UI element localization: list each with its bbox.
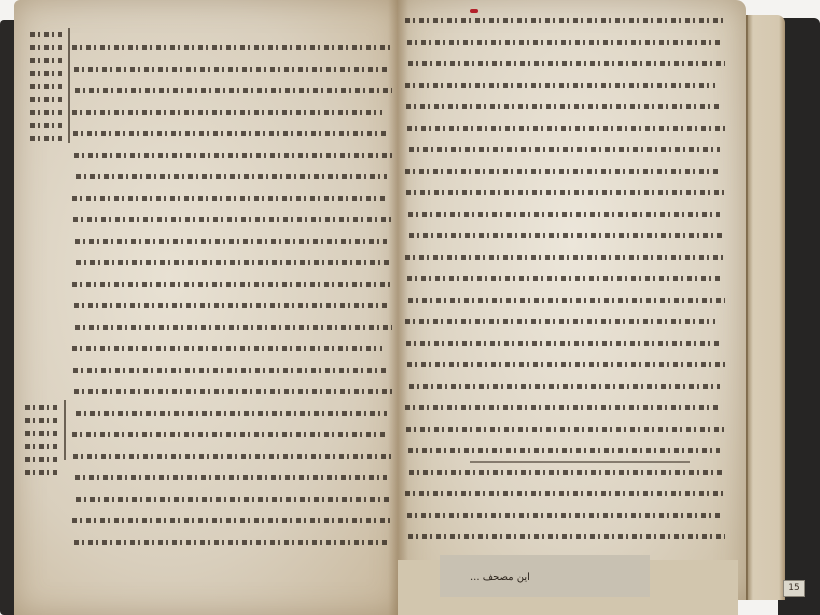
- script-line: [76, 497, 392, 502]
- script-line: [73, 217, 392, 222]
- script-line: [75, 475, 387, 480]
- marginal-note-line: [25, 470, 57, 475]
- script-line: [406, 104, 720, 109]
- script-line: [76, 174, 387, 179]
- bottom-note: اين مصحف ...: [470, 572, 530, 583]
- script-line: [76, 260, 392, 265]
- script-line: [409, 233, 725, 238]
- marginal-note-line: [25, 457, 57, 462]
- marginal-note-line: [30, 123, 62, 128]
- script-line: [74, 389, 392, 394]
- script-line: [76, 411, 387, 416]
- script-line: [72, 282, 392, 287]
- margin-rule-top: [68, 28, 70, 143]
- script-line: [408, 534, 725, 539]
- marginal-note-line: [30, 71, 62, 76]
- script-line: [405, 18, 725, 23]
- script-line: [408, 61, 725, 66]
- script-line: [407, 276, 720, 281]
- script-line: [407, 513, 720, 518]
- script-line: [72, 110, 382, 115]
- script-line: [406, 190, 725, 195]
- margin-rule-bottom: [64, 400, 66, 460]
- script-line: [72, 346, 382, 351]
- script-line: [74, 540, 387, 545]
- script-line: [409, 147, 720, 152]
- marginal-note-line: [30, 97, 62, 102]
- script-line: [405, 491, 725, 496]
- marginal-note-line: [25, 418, 57, 423]
- script-line: [409, 384, 720, 389]
- script-line: [406, 427, 725, 432]
- script-line: [75, 325, 392, 330]
- script-line: [75, 239, 387, 244]
- script-line: [405, 405, 720, 410]
- marginal-note-line: [30, 45, 62, 50]
- rubric-mark: [470, 9, 478, 13]
- script-line: [75, 88, 392, 93]
- script-line: [405, 255, 725, 260]
- script-line: [405, 169, 720, 174]
- marginal-note-line: [25, 405, 57, 410]
- script-line: [409, 470, 725, 475]
- script-line: [72, 518, 392, 523]
- marginal-note-line: [30, 58, 62, 63]
- script-line: [406, 341, 720, 346]
- script-line: [405, 319, 715, 324]
- script-line: [74, 303, 387, 308]
- script-line: [407, 40, 720, 45]
- script-line: [407, 126, 725, 131]
- script-line: [72, 45, 392, 50]
- script-line: [73, 368, 387, 373]
- script-line: [408, 298, 725, 303]
- page-fore-edge: [745, 15, 785, 600]
- script-line: [73, 454, 392, 459]
- script-line: [405, 83, 715, 88]
- script-line: [72, 432, 387, 437]
- script-line: [408, 212, 720, 217]
- script-line: [73, 131, 387, 136]
- script-line: [407, 362, 725, 367]
- script-line: [72, 196, 387, 201]
- script-line: [74, 67, 387, 72]
- marginal-note-line: [30, 32, 62, 37]
- marginal-note-line: [30, 136, 62, 141]
- marginal-note-line: [30, 110, 62, 115]
- marginal-note-line: [30, 84, 62, 89]
- section-divider-line: [470, 461, 690, 463]
- script-line: [74, 153, 392, 158]
- folio-number-label: 15: [783, 580, 805, 597]
- marginal-note-line: [25, 444, 57, 449]
- script-line: [408, 448, 720, 453]
- marginal-note-line: [25, 431, 57, 436]
